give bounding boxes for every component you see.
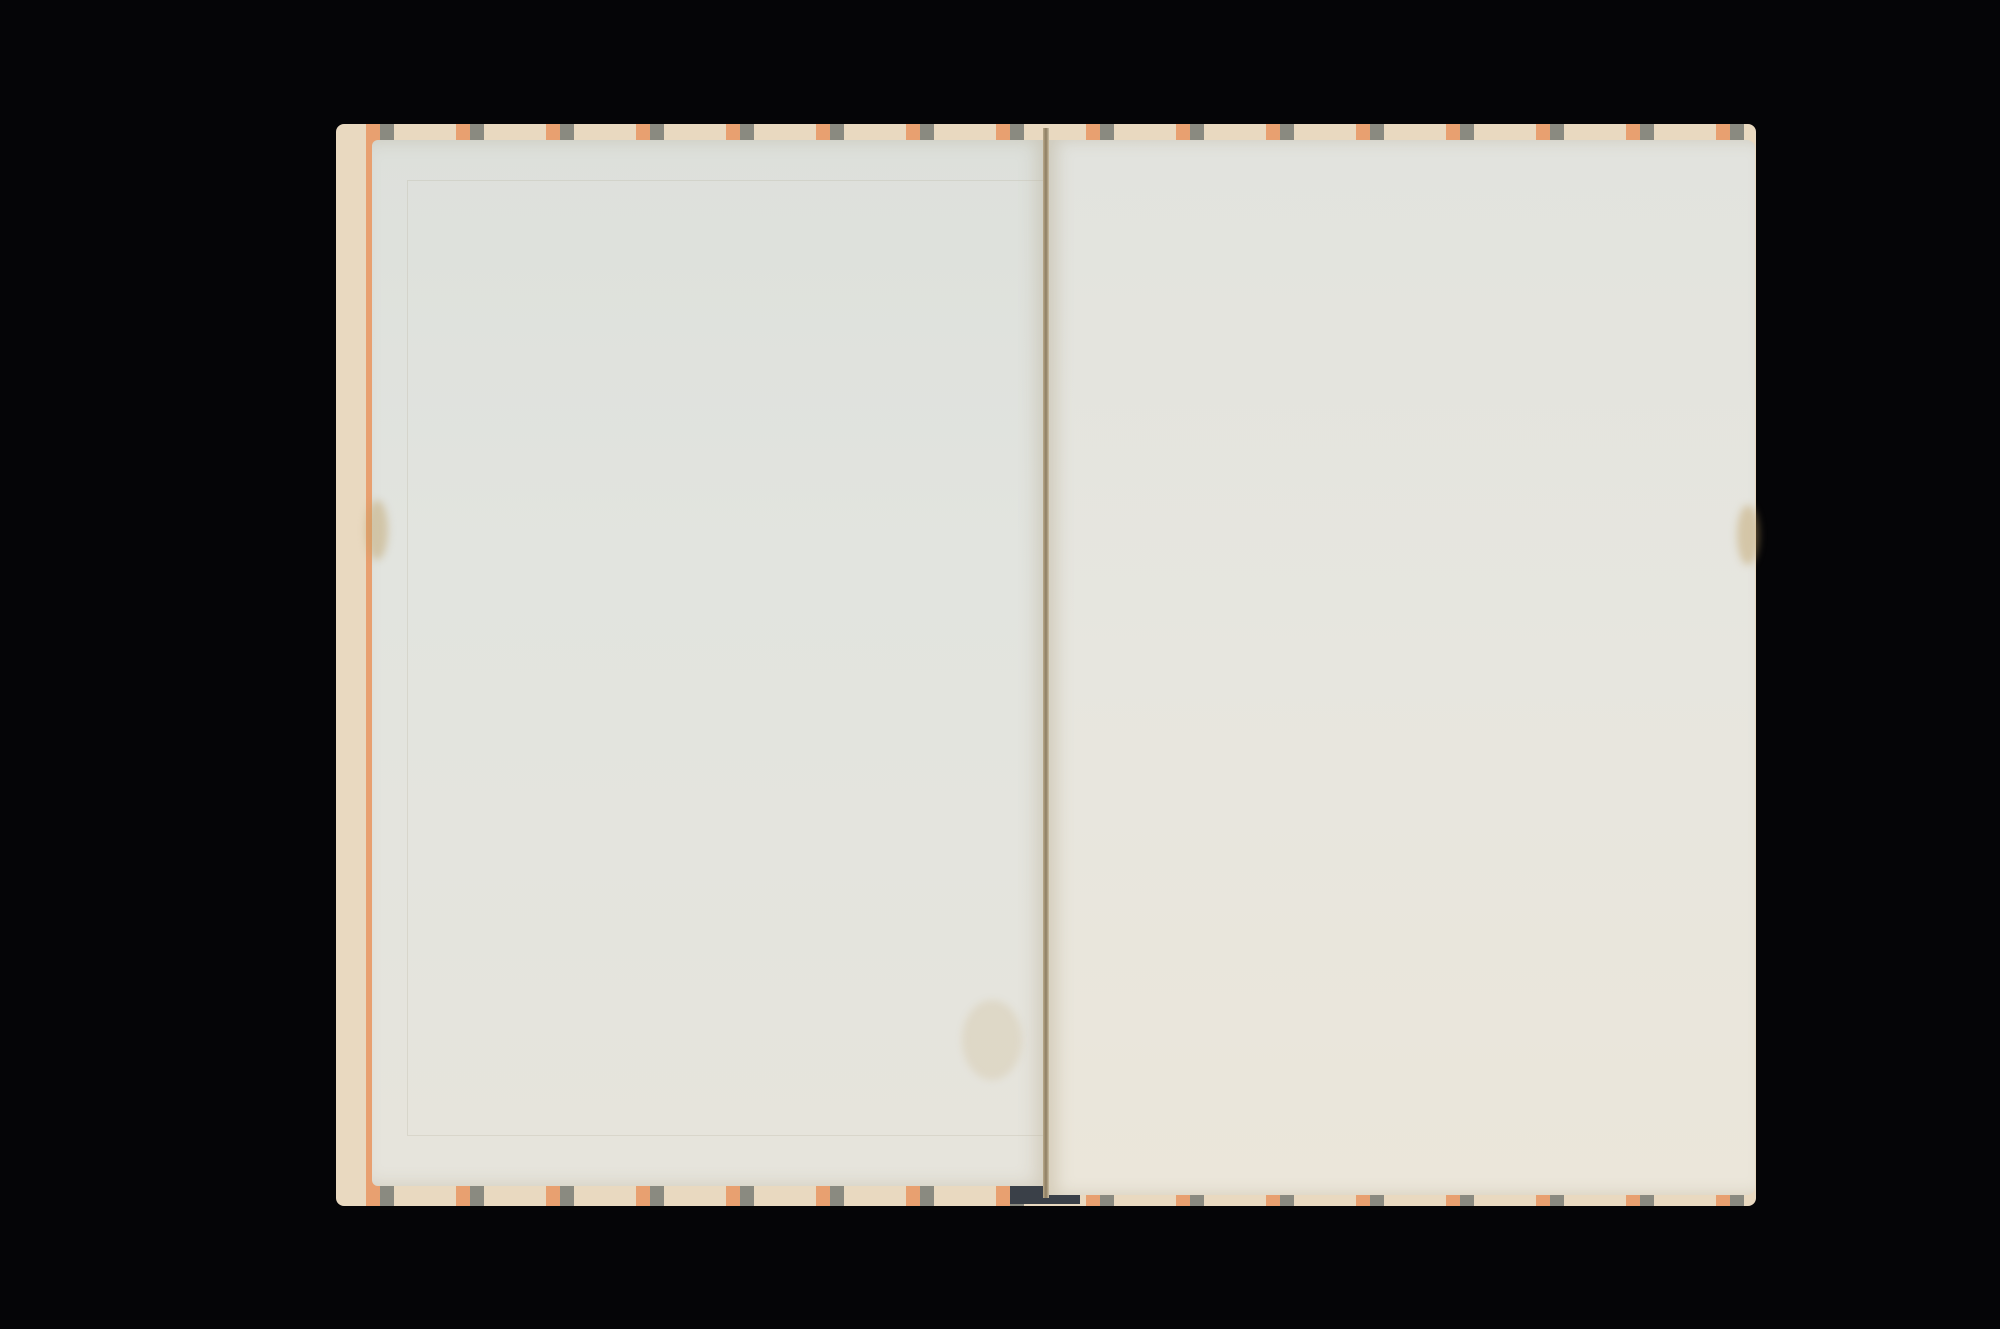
right-page [1047, 140, 1755, 1195]
left-page [372, 140, 1047, 1186]
pastedown-frame [407, 180, 1047, 1136]
book-gutter [1043, 128, 1049, 1198]
stain-mark [1737, 505, 1759, 565]
stain-mark [962, 1000, 1022, 1080]
stain-mark [366, 500, 388, 560]
